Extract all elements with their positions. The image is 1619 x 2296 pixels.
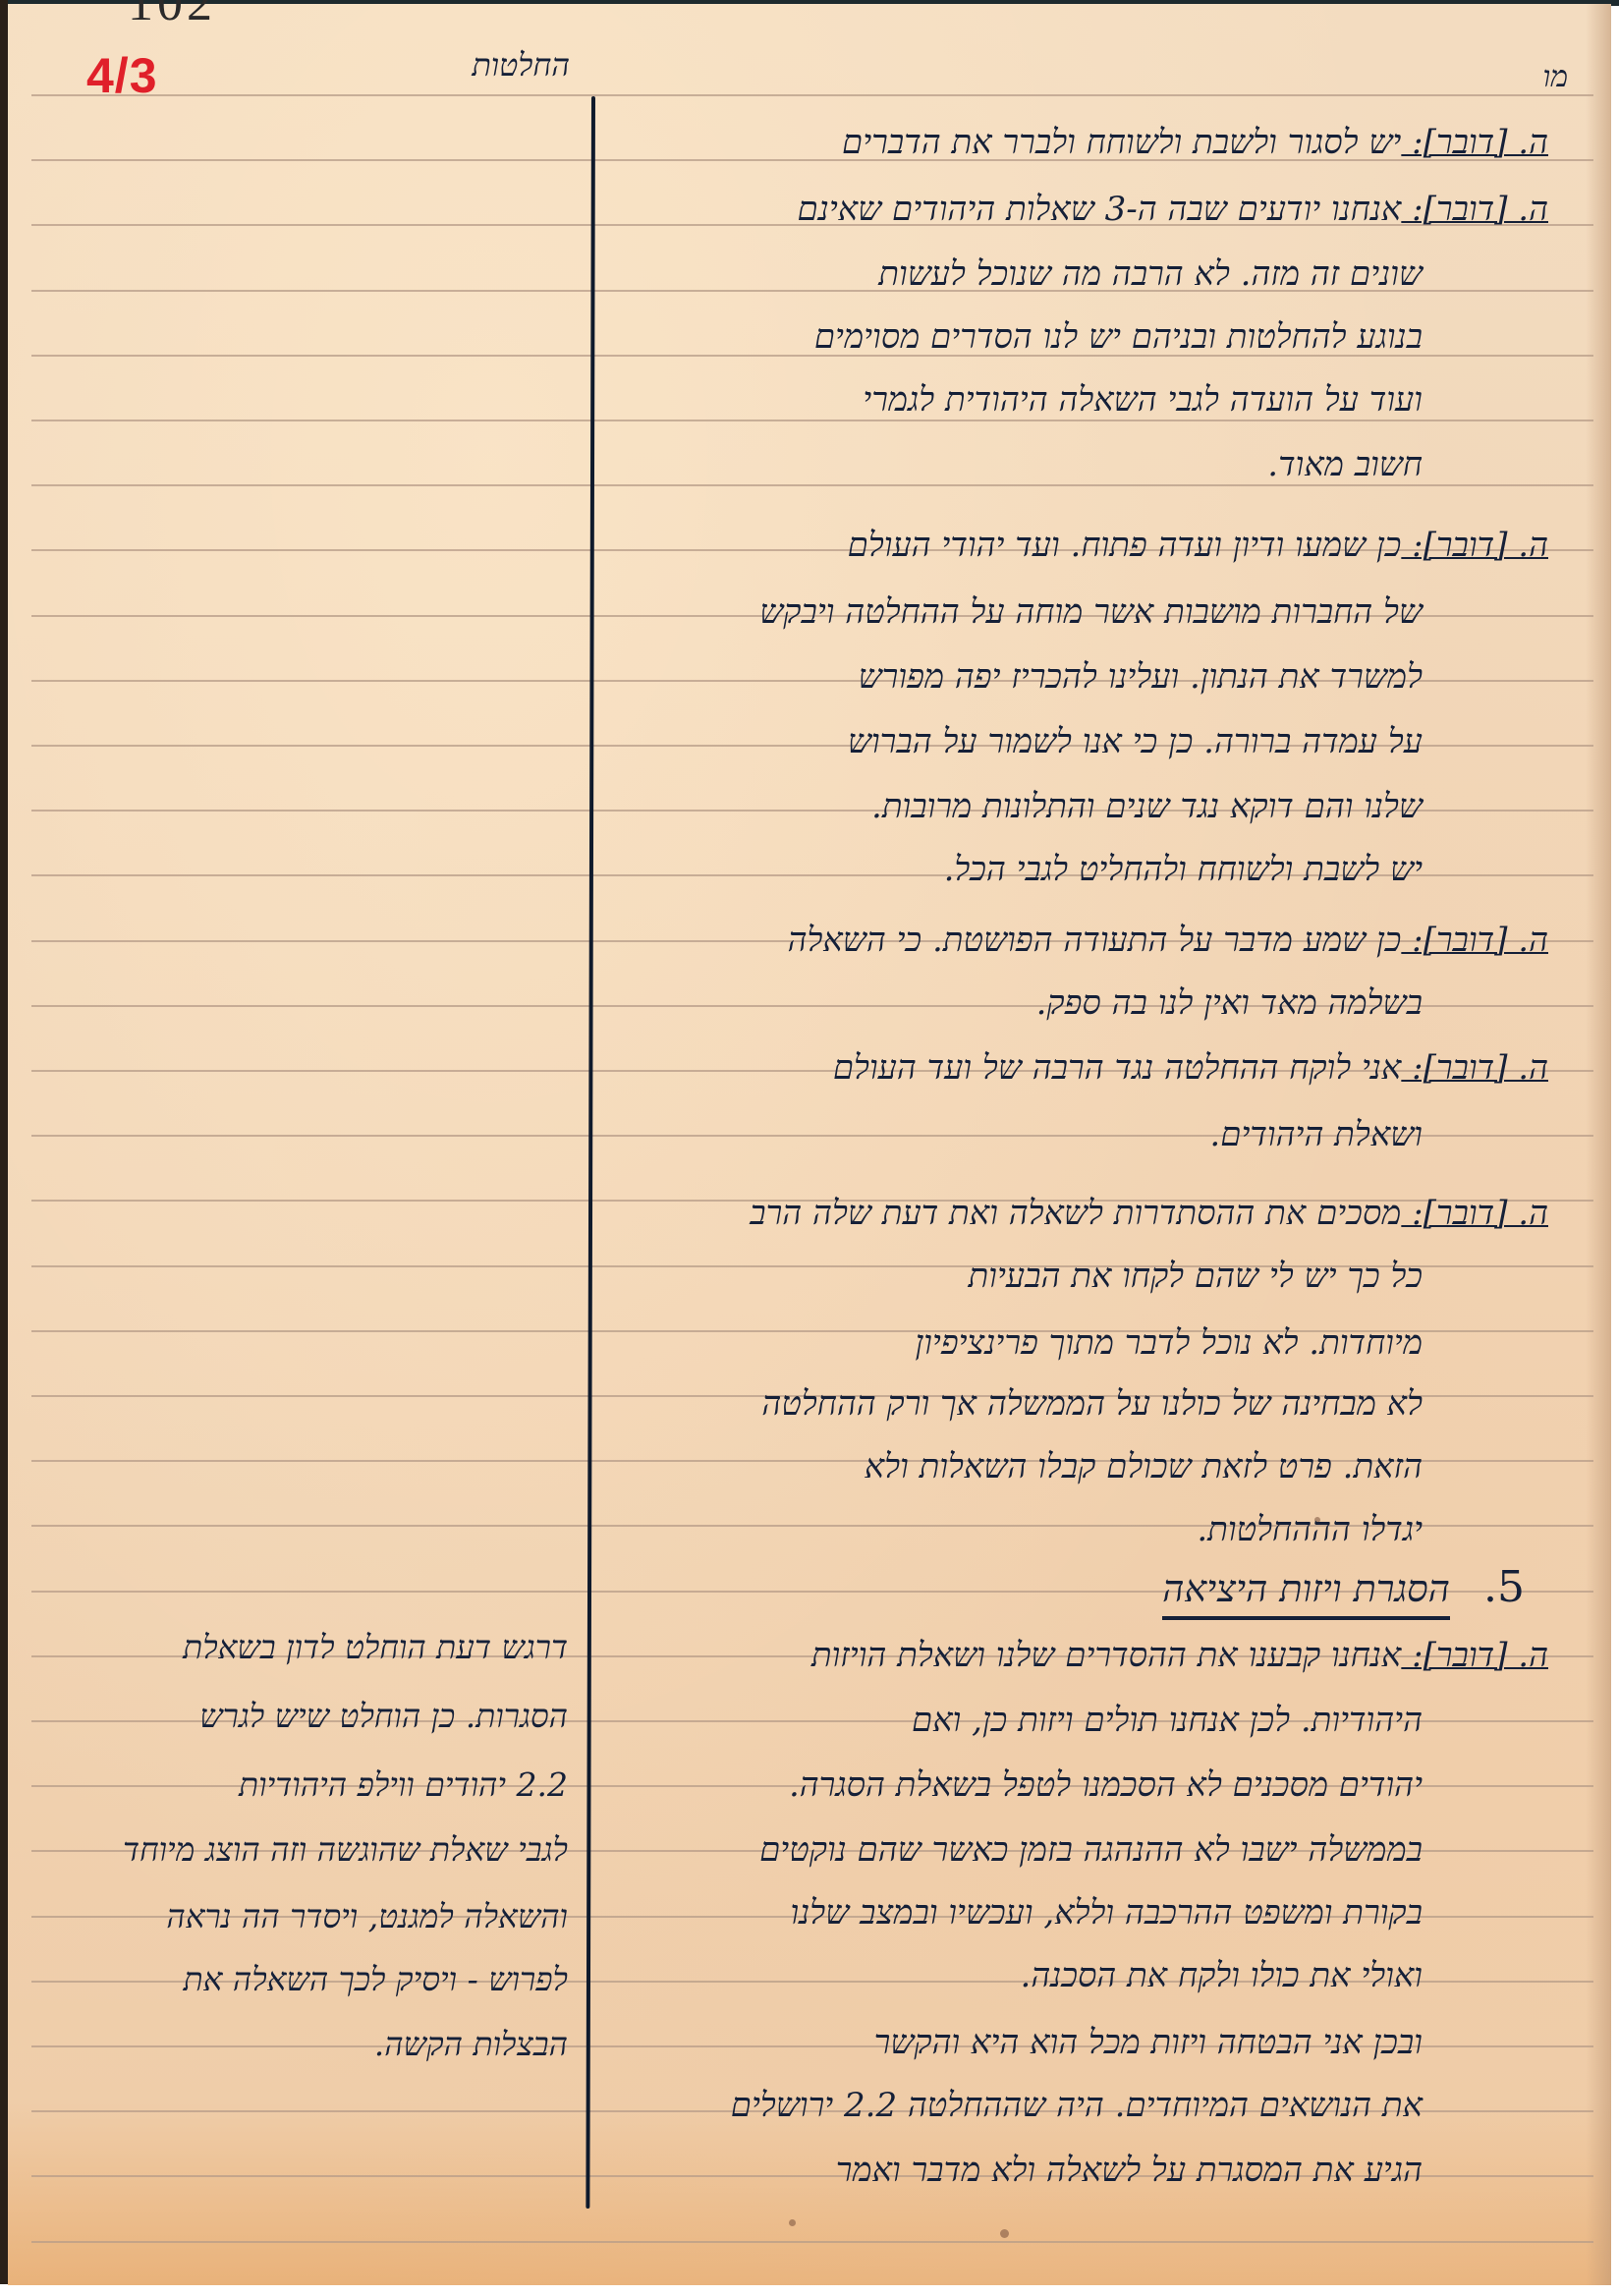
speaker-label: ה. [דובר]: — [1401, 190, 1548, 229]
handwritten-text: את הנושאים המיוחדים. היה שההחלטה 2.2 ירו… — [731, 2086, 1423, 2125]
main-text-line: יגדלו הההחלטות. — [1197, 1513, 1423, 1546]
handwritten-text: הגיע את המסגרת על לשאלה ולא מדבר ואמר — [836, 2151, 1423, 2190]
section-text-line: את הנושאים המיוחדים. היה שההחלטה 2.2 ירו… — [731, 2089, 1423, 2122]
ruled-line — [31, 94, 1593, 96]
handwritten-text: ועוד על הועדה לגבי השאלה היהודית לגמרי — [863, 380, 1423, 420]
main-text-line: ושאלת היהודים. — [1209, 1118, 1423, 1151]
main-text-line: שלנו והם דוקא נגד שנים והתלונות מרובות. — [871, 790, 1423, 823]
main-text-line: ה. [דובר]: יש לסגור ולשבת ולשוחח ולברר א… — [842, 126, 1548, 159]
ruled-line — [31, 2241, 1593, 2243]
ruled-line — [31, 484, 1593, 486]
main-text-line: ה. [דובר]: מסכים את ההסתדרות לשאלה ואת ד… — [750, 1197, 1548, 1230]
handwritten-text: מיוחדות. לא נוכל לדבר מתוך פרינציפיון — [916, 1323, 1423, 1363]
page-edge-shadow — [1586, 4, 1611, 2285]
handwritten-text: בקורת ומשפט ההרכבה וללא, ועכשיו ובמצב של… — [791, 1893, 1423, 1932]
section-text-line: בקורת ומשפט ההרכבה וללא, ועכשיו ובמצב של… — [791, 1896, 1423, 1930]
main-text-line: יש לשבת ולשוחח ולהחליט לגבי הכל. — [944, 853, 1423, 886]
handwritten-text: יגדלו הההחלטות. — [1197, 1510, 1423, 1549]
handwritten-text: אנחנו יודעים שבה ה-3 שאלות היהודים שאינם — [798, 190, 1402, 229]
main-text-line: ה. [דובר]: כן שמע מדבר על התעודה הפושטת.… — [788, 924, 1548, 957]
main-text-line: של החברות מושבות אשר מוחה על ההחלטה ויבק… — [759, 595, 1423, 629]
handwritten-text: של החברות מושבות אשר מוחה על ההחלטה ויבק… — [759, 592, 1423, 632]
handwritten-text: יש לסגור ולשבת ולשוחח ולברר את הדברים — [842, 123, 1401, 162]
handwritten-text: בשלמה מאד ואין לנו בה ספק. — [1036, 983, 1423, 1023]
section-title: הסגרת ויזות היציאה — [1162, 1567, 1450, 1620]
section-text-line: ה. [דובר]: אנחנו קבענו את ההסדרים שלנו ו… — [811, 1639, 1548, 1672]
handwritten-text: על עמדה ברורה. כן כי אנו לשמור על הברוש — [848, 722, 1423, 761]
section-text-line: יהודים מסכנים לא הסכמנו לטפל בשאלת הסגרה… — [789, 1768, 1423, 1802]
main-text-line: על עמדה ברורה. כן כי אנו לשמור על הברוש — [848, 725, 1423, 758]
main-text-line: בנוגע להחלטות ובניהם יש לנו הסדרים מסוימ… — [814, 320, 1423, 354]
handwritten-text: יהודים מסכנים לא הסכמנו לטפל בשאלת הסגרה… — [789, 1765, 1423, 1805]
speaker-label: ה. [דובר]: — [1401, 921, 1548, 960]
main-text-line: כל כך יש לי שהם לקחו את הבעיות — [969, 1260, 1423, 1293]
ruled-line — [31, 420, 1593, 421]
section-text-line: ובכן אני הבטחה ויזות מכל הוא היא והקשר — [874, 2026, 1423, 2059]
handwritten-text: ואולי את כולו ולקח את הסכנה. — [1021, 1956, 1423, 1995]
handwritten-text: הזאת. פרט לזאת שכולם קבלו השאלות ולא — [865, 1447, 1423, 1486]
margin-note-line: לגבי שאלת שהוגשה וזה הוצג מיוחד — [123, 1833, 568, 1866]
handwritten-text: כל כך יש לי שהם לקחו את הבעיות — [969, 1257, 1423, 1296]
section-heading: 5. הסגרת ויזות היציאה — [1162, 1562, 1525, 1612]
main-text-line: הזאת. פרט לזאת שכולם קבלו השאלות ולא — [865, 1450, 1423, 1484]
main-text-line: ה. [דובר]: כן שמעו ודיון ועדה פתוח. ועד … — [848, 529, 1548, 562]
handwritten-text: כן שמע מדבר על התעודה הפושטת. כי השאלה — [788, 921, 1402, 960]
handwritten-text: יש לשבת ולשוחח ולהחליט לגבי הכל. — [944, 850, 1423, 889]
margin-column-header: החלטות — [432, 49, 570, 81]
handwritten-text: היהודיות. לכן אנחנו תולים ויזות כן, ואם — [912, 1701, 1423, 1740]
main-text-line: ה. [דובר]: אני לוקח ההחלטה נגד הרבה של ו… — [833, 1051, 1548, 1085]
page-number: 102 — [128, 0, 216, 32]
main-text-line: למשרד את הנתון. ועלינו להכריז יפה מפורש — [859, 660, 1423, 694]
main-text-line: ה. [דובר]: אנחנו יודעים שבה ה-3 שאלות הי… — [798, 193, 1548, 226]
speaker-label: ה. [דובר]: — [1401, 1194, 1548, 1233]
margin-note-line: לפרוש - ויסיק לכך השאלה את — [183, 1963, 568, 1995]
speaker-label: ה. [דובר]: — [1401, 526, 1548, 565]
handwritten-text: מסכים את ההסתדרות לשאלה ואת דעת שלה הרב — [750, 1194, 1401, 1233]
main-text-line: בשלמה מאד ואין לנו בה ספק. — [1036, 986, 1423, 1020]
handwritten-text: אנחנו קבענו את ההסדרים שלנו ושאלת הויזות — [811, 1636, 1401, 1675]
handwritten-text: כן שמעו ודיון ועדה פתוח. ועד יהודי העולם — [848, 526, 1402, 565]
margin-note-line: והשאלה למגנט, ויסדר הה נראה — [166, 1900, 568, 1932]
handwritten-text: חשוב מאוד. — [1267, 445, 1423, 484]
red-page-stamp: 4/3 — [86, 47, 158, 104]
handwritten-text: בנוגע להחלטות ובניהם יש לנו הסדרים מסוימ… — [814, 317, 1423, 357]
main-text-line: לא מבחינה של כולנו על הממשלה אך ורק ההחל… — [761, 1387, 1423, 1421]
handwritten-text: ושאלת היהודים. — [1209, 1115, 1423, 1154]
section-text-line: בממשלה ישבו לא ההנהגה בזמן כאשר שהם נוקט… — [759, 1833, 1423, 1867]
speaker-label: ה. [דובר]: — [1401, 1636, 1548, 1675]
ink-spot — [1000, 2229, 1009, 2238]
main-text-line: שונים זה מזה. לא הרבה מה שנוכל לעשות — [878, 257, 1423, 291]
handwritten-text: לא מבחינה של כולנו על הממשלה אך ורק ההחל… — [761, 1384, 1423, 1424]
handwritten-text: למשרד את הנתון. ועלינו להכריז יפה מפורש — [859, 657, 1423, 697]
section-text-line: הגיע את המסגרת על לשאלה ולא מדבר ואמר — [836, 2154, 1423, 2187]
speaker-label: ה. [דובר]: — [1401, 1048, 1548, 1088]
handwritten-text: בממשלה ישבו לא ההנהגה בזמן כאשר שהם נוקט… — [759, 1830, 1423, 1870]
section-number: 5. — [1483, 1562, 1525, 1612]
handwritten-text: אני לוקח ההחלטה נגד הרבה של ועד העולם — [833, 1048, 1401, 1088]
margin-note-line: דרגש דעת הוחלט לדון בשאלת — [183, 1631, 568, 1663]
handwritten-text: שונים זה מזה. לא הרבה מה שנוכל לעשות — [878, 254, 1423, 294]
main-text-line: חשוב מאוד. — [1267, 448, 1423, 481]
speaker-label: ה. [דובר]: — [1401, 123, 1548, 162]
main-column-header: מו — [1474, 63, 1568, 92]
column-divider-line — [586, 96, 595, 2209]
handwritten-text: שלנו והם דוקא נגד שנים והתלונות מרובות. — [871, 787, 1423, 826]
margin-note-line: 2.2 יהודים ווילפ היהודיות — [239, 1768, 568, 1801]
ink-spot — [789, 2219, 796, 2226]
section-text-line: ואולי את כולו ולקח את הסכנה. — [1021, 1959, 1423, 1992]
margin-note-line: הבצלות הקשה. — [374, 2028, 568, 2060]
section-text-line: היהודיות. לכן אנחנו תולים ויזות כן, ואם — [912, 1704, 1423, 1737]
main-text-line: ועוד על הועדה לגבי השאלה היהודית לגמרי — [863, 383, 1423, 417]
main-text-line: מיוחדות. לא נוכל לדבר מתוך פרינציפיון — [916, 1326, 1423, 1360]
scan-border-left — [0, 0, 8, 2284]
margin-note-line: הסגרות. כן הוחלט שיש לגרש — [199, 1700, 568, 1732]
handwritten-text: ובכן אני הבטחה ויזות מכל הוא היא והקשר — [874, 2023, 1423, 2062]
